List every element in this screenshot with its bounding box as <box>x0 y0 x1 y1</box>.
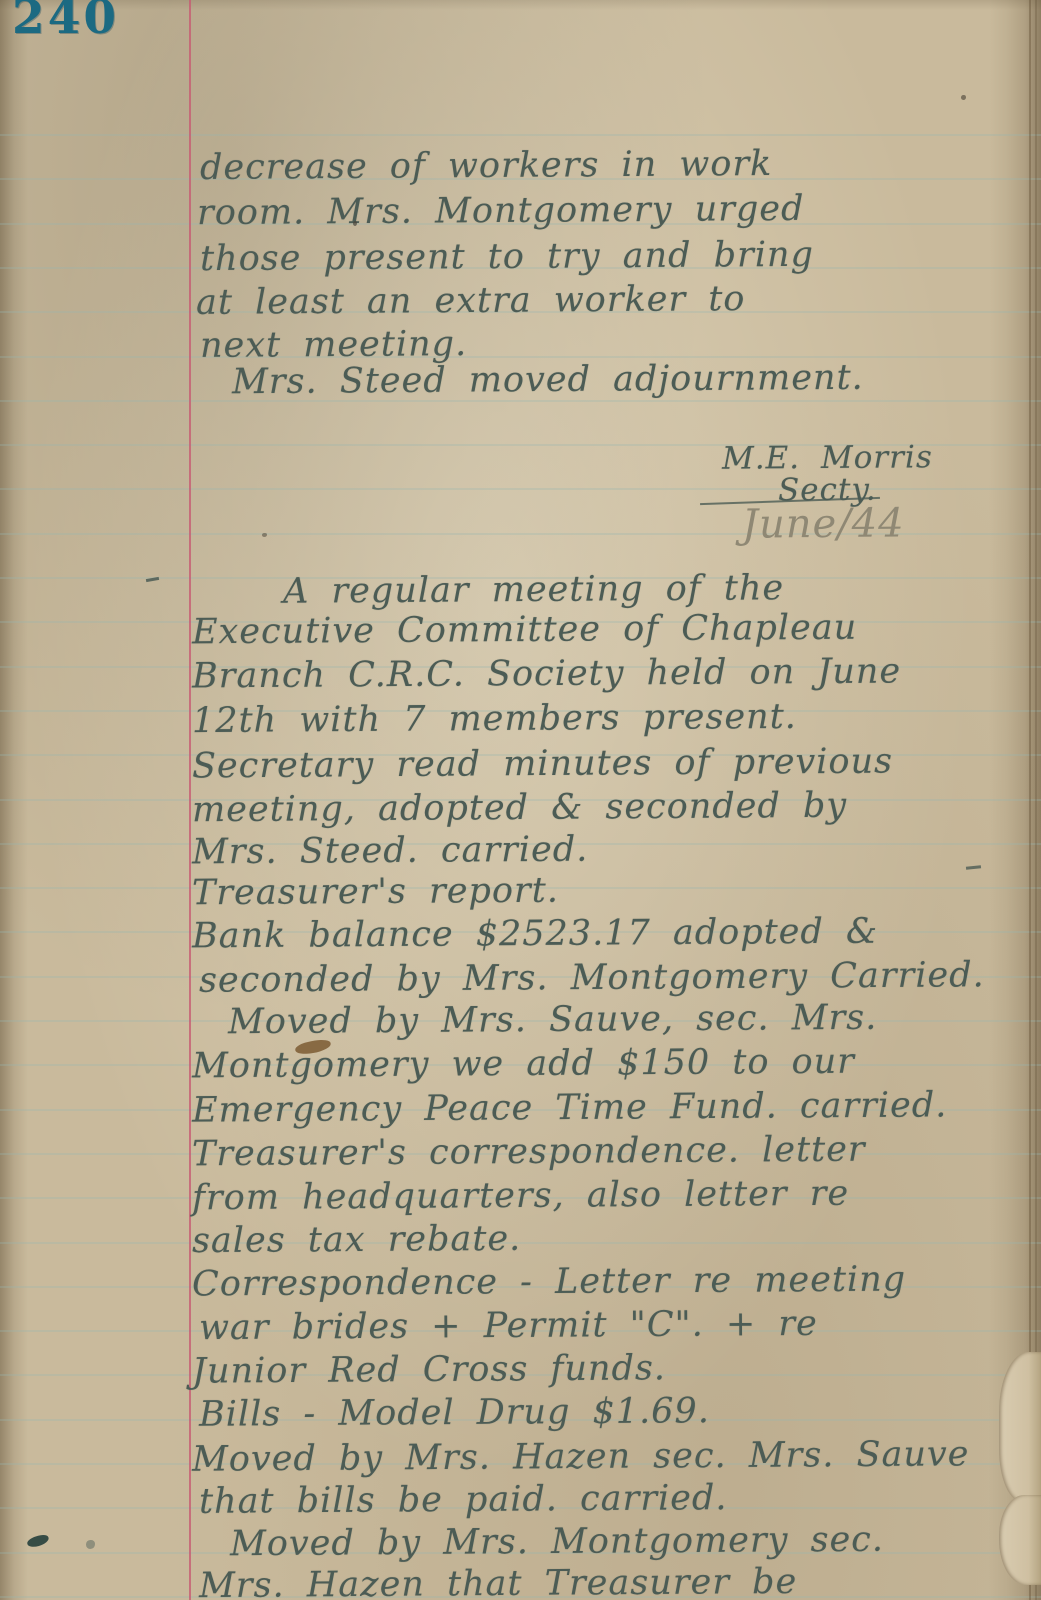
secty-underline <box>700 497 880 505</box>
ink-speck <box>86 1540 95 1549</box>
paper-speck-2 <box>353 221 357 226</box>
ink-blot <box>26 1533 50 1549</box>
paper-speck-1 <box>961 95 966 100</box>
stray-dash <box>966 865 981 870</box>
margin-dash <box>146 577 159 582</box>
paper-speck-3 <box>262 533 267 537</box>
brown-smudge <box>294 1038 332 1056</box>
marks-layer <box>0 0 1041 1600</box>
scanned-minutes-page: 240 decrease of workers in workroom. Mrs… <box>0 0 1041 1600</box>
